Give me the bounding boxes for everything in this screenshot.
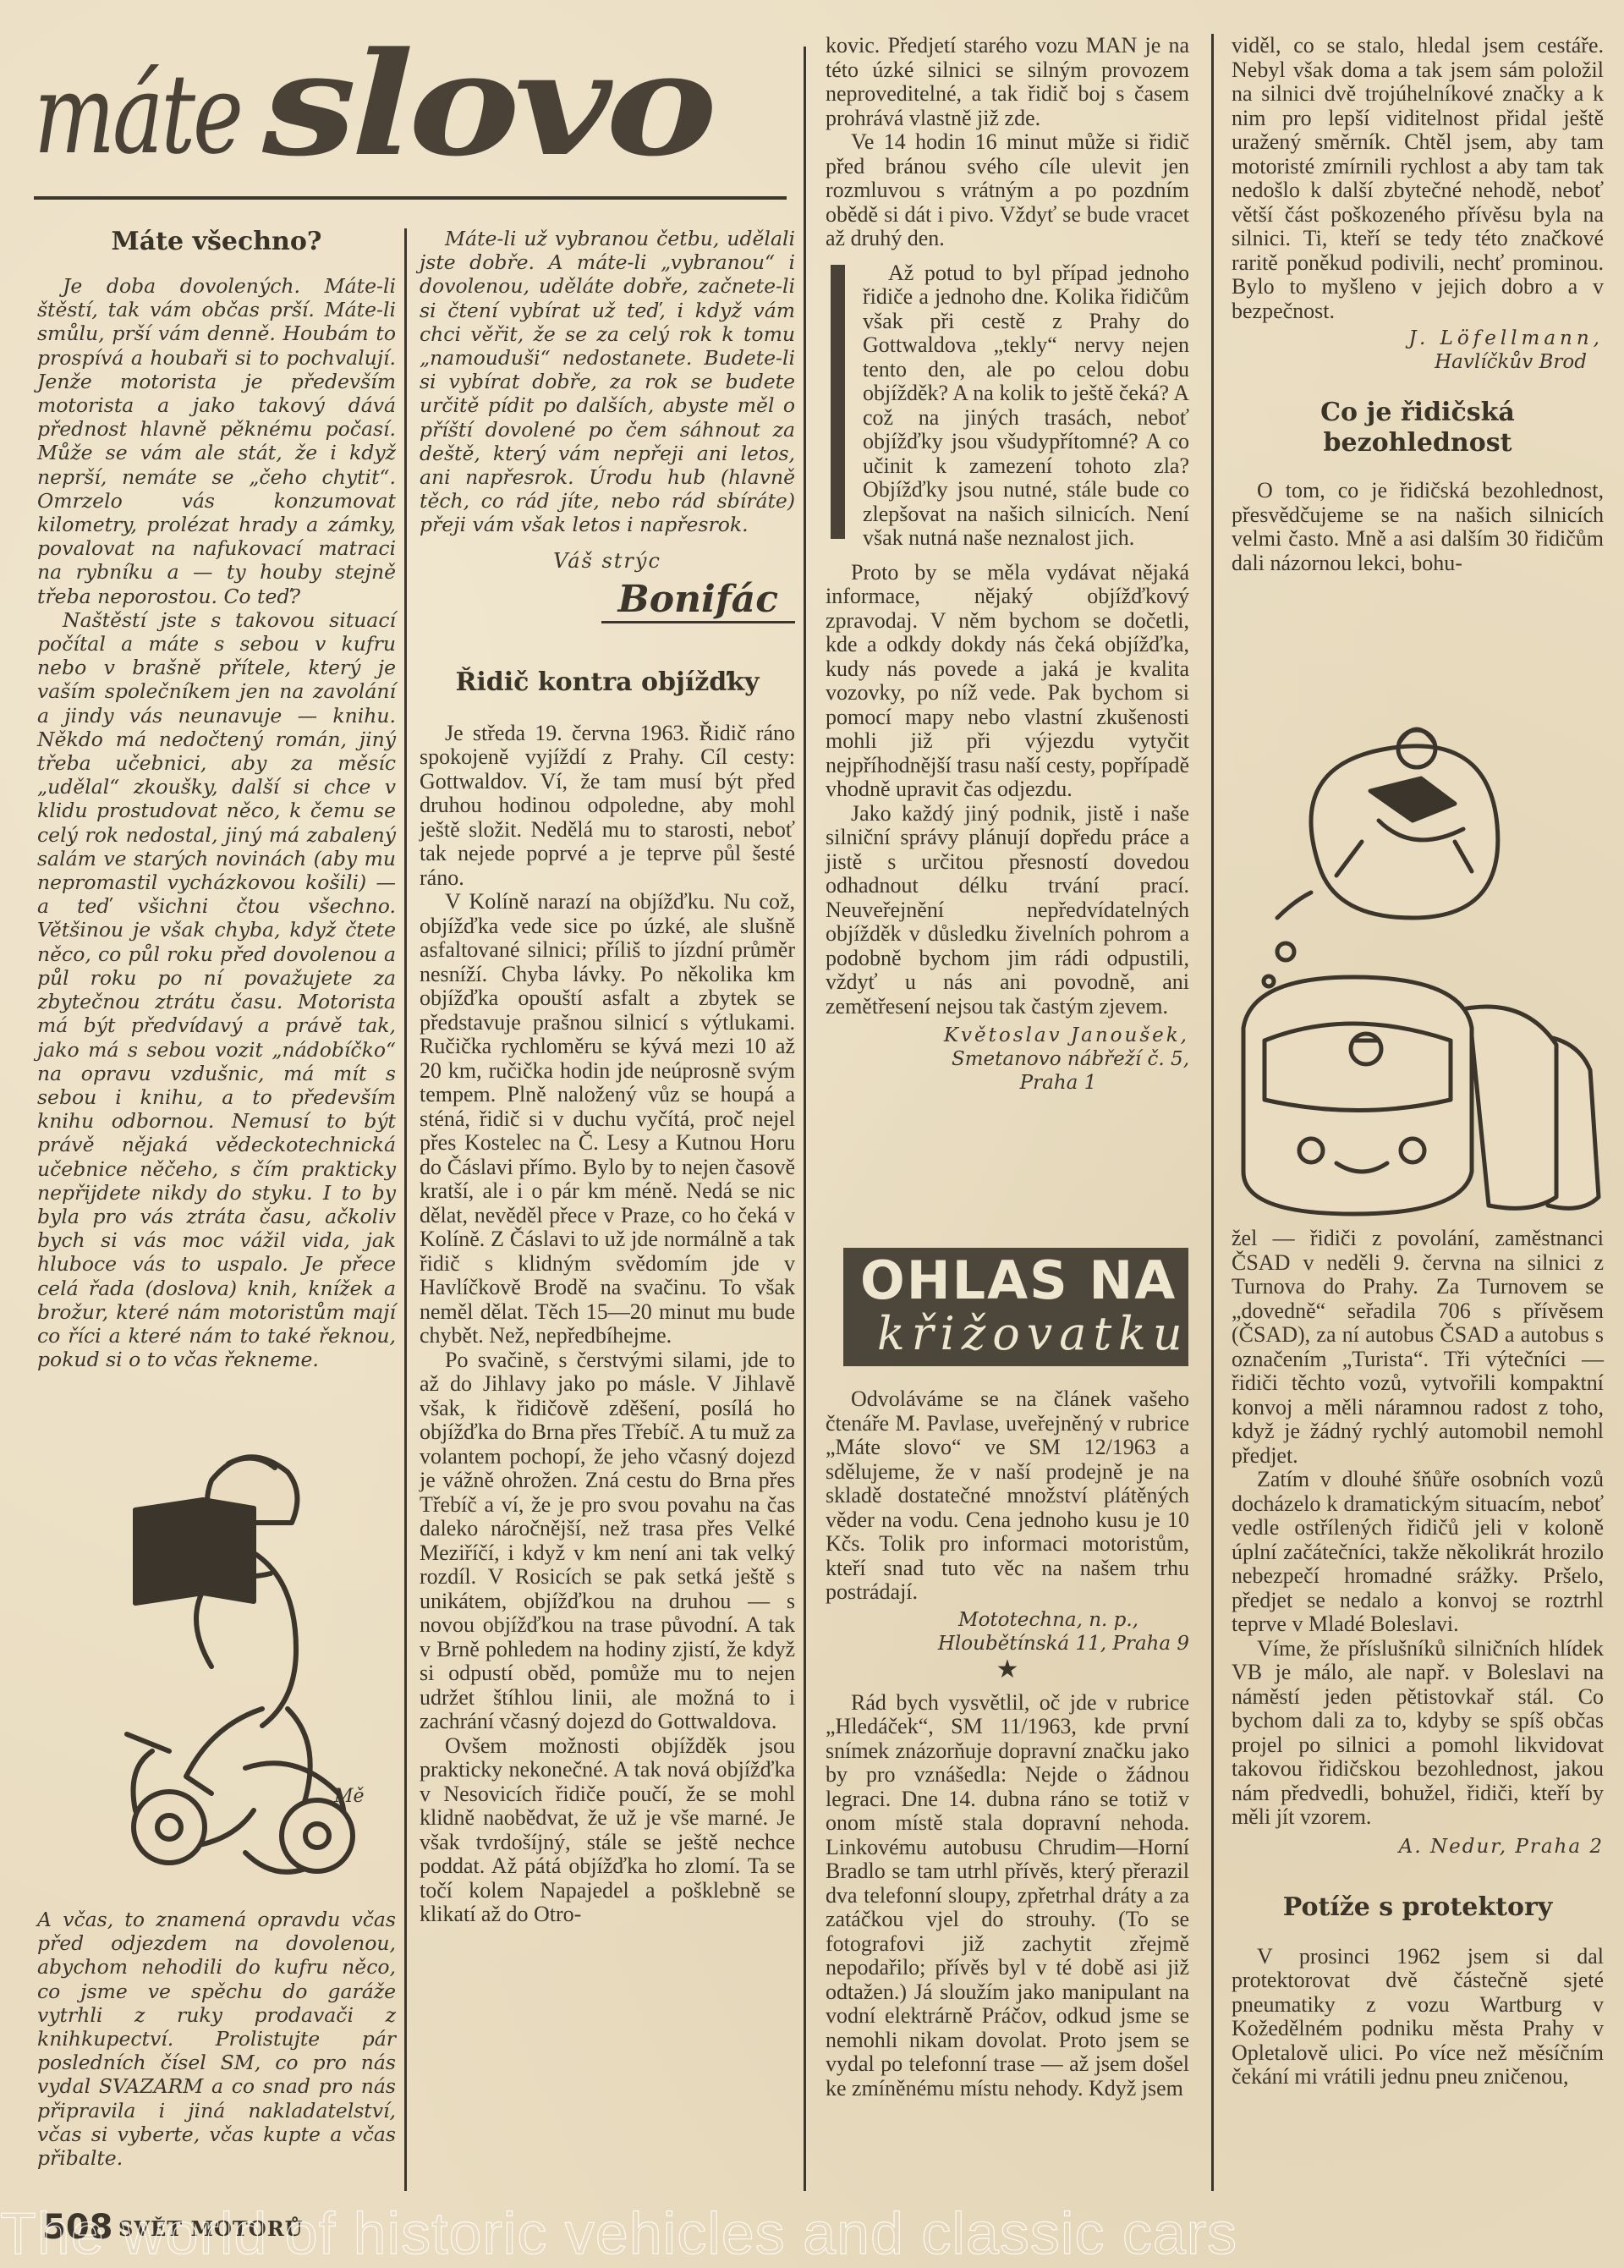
author-city: Praha 1 xyxy=(826,1071,1189,1095)
boxed-commentary-bar xyxy=(831,265,845,540)
paragraph: Jako každý jiný podnik, jistě i naše sil… xyxy=(826,802,1189,1019)
mototechna-name: Mototechna, n. p., xyxy=(826,1608,1189,1632)
article-heading-potize-s-protektory: Potíže s protektory xyxy=(1232,1892,1604,1923)
article-heading-ridic-kontra-objizdky: Řidič kontra objížďky xyxy=(420,667,795,698)
paragraph: Je doba dovolených. Máte-li štěstí, tak … xyxy=(37,274,396,608)
hledacek-letter: Rád bych vysvětlil, oč jde v rubrice „Hl… xyxy=(826,1691,1189,2101)
paragraph: Až potud to byl případ jednoho řidiče a … xyxy=(863,261,1189,551)
boxed-commentary: Až potud to byl případ jednoho řidiče a … xyxy=(826,261,1189,551)
signature-bonifac: Bonifác xyxy=(601,578,795,623)
man-reading-bus-icon xyxy=(1226,647,1624,1222)
paragraph: O tom, co je řidičská bezohlednost, přes… xyxy=(1232,479,1604,575)
lofellmann-place: Havlíčkův Brod xyxy=(1232,350,1604,374)
article-continuation: kovic. Předjetí starého vozu MAN je na t… xyxy=(826,34,1189,251)
motorcyclist-reading-icon: Mě xyxy=(101,1430,372,1903)
bezohlednost-intro: O tom, co je řidičská bezohlednost, přes… xyxy=(1232,479,1604,575)
editor-signature: Bonifác xyxy=(420,578,795,637)
article-heading-ridicska-bezohlednost: Co je řidičská bezohlednost xyxy=(1282,398,1553,459)
mototechna-address: Hloubětínská 11, Praha 9 xyxy=(826,1632,1189,1656)
closing-greeting: Váš strýc xyxy=(420,549,795,573)
article-body-ridic-kontra-objizdky: Je středa 19. června 1963. Řidič ráno sp… xyxy=(420,722,795,1927)
masthead-rule xyxy=(34,196,787,200)
column-4-lower: žel — řidiči z povolání, zaměstnanci ČSA… xyxy=(1232,1227,1604,2090)
column-3-lower: Odvoláváme se na článek vašeho čtenáře M… xyxy=(826,1387,1189,2101)
mototechna-signature: Mototechna, n. p., Hloubětínská 11, Prah… xyxy=(826,1608,1189,1656)
paragraph: Víme, že příslušníků silničních hlídek V… xyxy=(1232,1637,1604,1830)
section-title-mate: máte xyxy=(34,51,241,178)
column-divider-1 xyxy=(404,228,407,2191)
author-signature: Květoslav Janoušek, Smetanovo nábřeží č.… xyxy=(826,1024,1189,1095)
paragraph: kovic. Předjetí starého vozu MAN je na t… xyxy=(826,34,1189,130)
author-name: Květoslav Janoušek, xyxy=(826,1024,1189,1047)
column-divider-3 xyxy=(1211,34,1214,2191)
paragraph: Máte-li už vybranou četbu, udělali jste … xyxy=(420,227,795,537)
motorcyclist-reading-illustration: Mě xyxy=(101,1430,372,1903)
paragraph: Po svačině, s čerstvými silami, jde to a… xyxy=(420,1348,795,1734)
nedur-signature: A. Nedur, Praha 2 xyxy=(1232,1835,1604,1859)
section-title-slovo: slovo xyxy=(262,24,711,184)
star-separator-icon: ★ xyxy=(826,1656,1189,1684)
editor-letter: Máte-li už vybranou četbu, udělali jste … xyxy=(420,227,795,537)
paragraph: Rád bych vysvětlil, oč jde v rubrice „Hl… xyxy=(826,1691,1189,2101)
protektory-body: V prosinci 1962 jsem si dal protektorova… xyxy=(1232,1945,1604,2090)
paragraph: viděl, co se stalo, hledal jsem cestáře.… xyxy=(1232,34,1604,323)
paragraph: V prosinci 1962 jsem si dal protektorova… xyxy=(1232,1945,1604,2090)
lofellmann-signature: J. Löfellmann, Havlíčkův Brod xyxy=(1232,327,1604,374)
paragraph: Je středa 19. června 1963. Řidič ráno sp… xyxy=(420,722,795,891)
illustration-signature: Mě xyxy=(333,1786,365,1807)
boxed-commentary-text: Až potud to byl případ jednoho řidiče a … xyxy=(863,261,1189,551)
paragraph: Ve 14 hodin 16 minut může si řidič před … xyxy=(826,130,1189,251)
column-1: Máte všechno? Je doba dovolených. Máte-l… xyxy=(37,227,396,1371)
paragraph: Naštěstí jste s takovou situací počítal … xyxy=(37,608,396,1372)
paragraph: žel — řidiči z povolání, zaměstnanci ČSA… xyxy=(1232,1227,1604,1468)
author-address: Smetanovo nábřeží č. 5, xyxy=(826,1047,1189,1071)
article-conclusion: Proto by se měla vydávat nějaká informac… xyxy=(826,561,1189,1019)
logo-top-text: OHLAS NA xyxy=(860,1251,1177,1310)
bus-cartoon-illustration xyxy=(1226,647,1624,1222)
column-4: viděl, co se stalo, hledal jsem cestáře.… xyxy=(1232,34,1604,575)
article-closing-mate-vsechno: A včas, to znamená opravdu včas před odj… xyxy=(37,1908,396,2170)
paragraph: V Kolíně narazí na objížďku. Nu což, obj… xyxy=(420,890,795,1348)
hledacek-letter-continuation: viděl, co se stalo, hledal jsem cestáře.… xyxy=(1232,34,1604,323)
lofellmann-name: J. Löfellmann, xyxy=(1232,327,1604,350)
mototechna-response: Odvoláváme se na článek vašeho čtenáře M… xyxy=(826,1387,1189,1605)
column-2: Máte-li už vybranou četbu, udělali jste … xyxy=(420,227,795,1927)
watermark: The world of historic vehicles and class… xyxy=(0,2199,1237,2267)
article-body-mate-vsechno: Je doba dovolených. Máte-li štěstí, tak … xyxy=(37,274,396,1371)
bezohlednost-body: žel — řidiči z povolání, zaměstnanci ČSA… xyxy=(1232,1227,1604,1830)
article-heading-mate-vsechno: Máte všechno? xyxy=(37,227,396,257)
paragraph: A včas, to znamená opravdu včas před odj… xyxy=(37,1908,396,2170)
paragraph: Ovšem možnosti objížděk jsou prakticky n… xyxy=(420,1734,795,1927)
column-divider-2 xyxy=(804,47,806,2191)
paragraph: Zatím v dlouhé šňůře osobních vozů dochá… xyxy=(1232,1468,1604,1637)
ohlas-na-krizovatku-logo: OHLAS NA křižovatku xyxy=(843,1248,1188,1366)
logo-bottom-text: křižovatku xyxy=(877,1307,1188,1361)
paragraph: Proto by se měla vydávat nějaká informac… xyxy=(826,561,1189,802)
column-3: kovic. Předjetí starého vozu MAN je na t… xyxy=(826,34,1189,1095)
paragraph: Odvoláváme se na článek vašeho čtenáře M… xyxy=(826,1387,1189,1605)
